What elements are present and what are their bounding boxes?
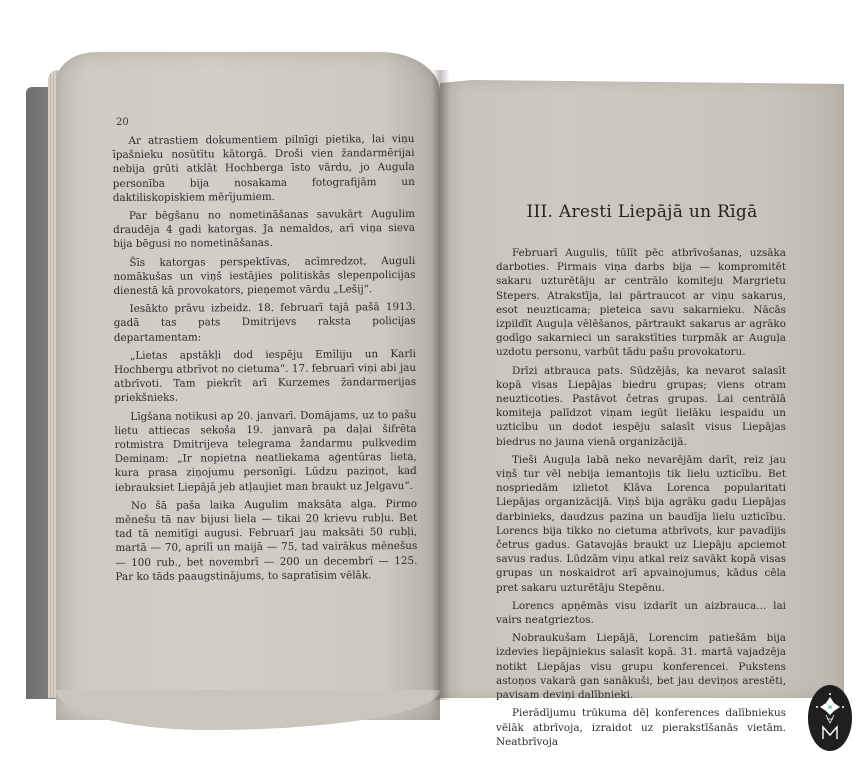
right-page-body: Februarī Augulis, tūlīt pēc atbrīvošanas… — [496, 246, 786, 753]
chapter-title: III. Aresti Liepājā un Rīgā — [440, 202, 844, 222]
paragraph: Nobraukušam Liepājā, Lorencim patiešām b… — [496, 631, 786, 702]
paragraph: No šā paša laika Augulim maksāta alga. P… — [115, 497, 418, 584]
left-page-body: Ar atrastiem dokumentiem pilnīgi pietika… — [112, 132, 417, 588]
page-number: 20 — [116, 117, 129, 128]
paragraph: Šīs katorgas perspektīvas, acīmredzot, A… — [113, 254, 415, 299]
paragraph: Līgšana notikusi ap 20. janvarī. Domājam… — [114, 408, 417, 495]
paragraph: „Lietas apstākļi dod iespēju Emīliju un … — [114, 347, 416, 406]
paragraph: Lorencs apņēmās visu izdarīt un aizbrauc… — [496, 599, 786, 627]
paragraph: Februarī Augulis, tūlīt pēc atbrīvošanas… — [496, 246, 786, 360]
watermark-logo — [808, 685, 852, 751]
paragraph: Iesākto prāvu izbeidz. 18. februarī tajā… — [114, 300, 416, 345]
flower-monogram-logo-icon — [808, 685, 852, 751]
paragraph: Tieši Auguļa labā neko nevarējām darīt, … — [496, 453, 786, 595]
paragraph: Par bēgšanu no nometināšanas savukārt Au… — [113, 207, 415, 252]
paragraph: Ar atrastiem dokumentiem pilnīgi pietika… — [112, 132, 414, 205]
book-gutter — [432, 70, 450, 700]
paragraph: Pierādījumu trūkuma dēļ konferences dalī… — [496, 706, 786, 749]
paragraph: Drīzi atbrauca pats. Sūdzējās, ka nevaro… — [496, 364, 786, 449]
